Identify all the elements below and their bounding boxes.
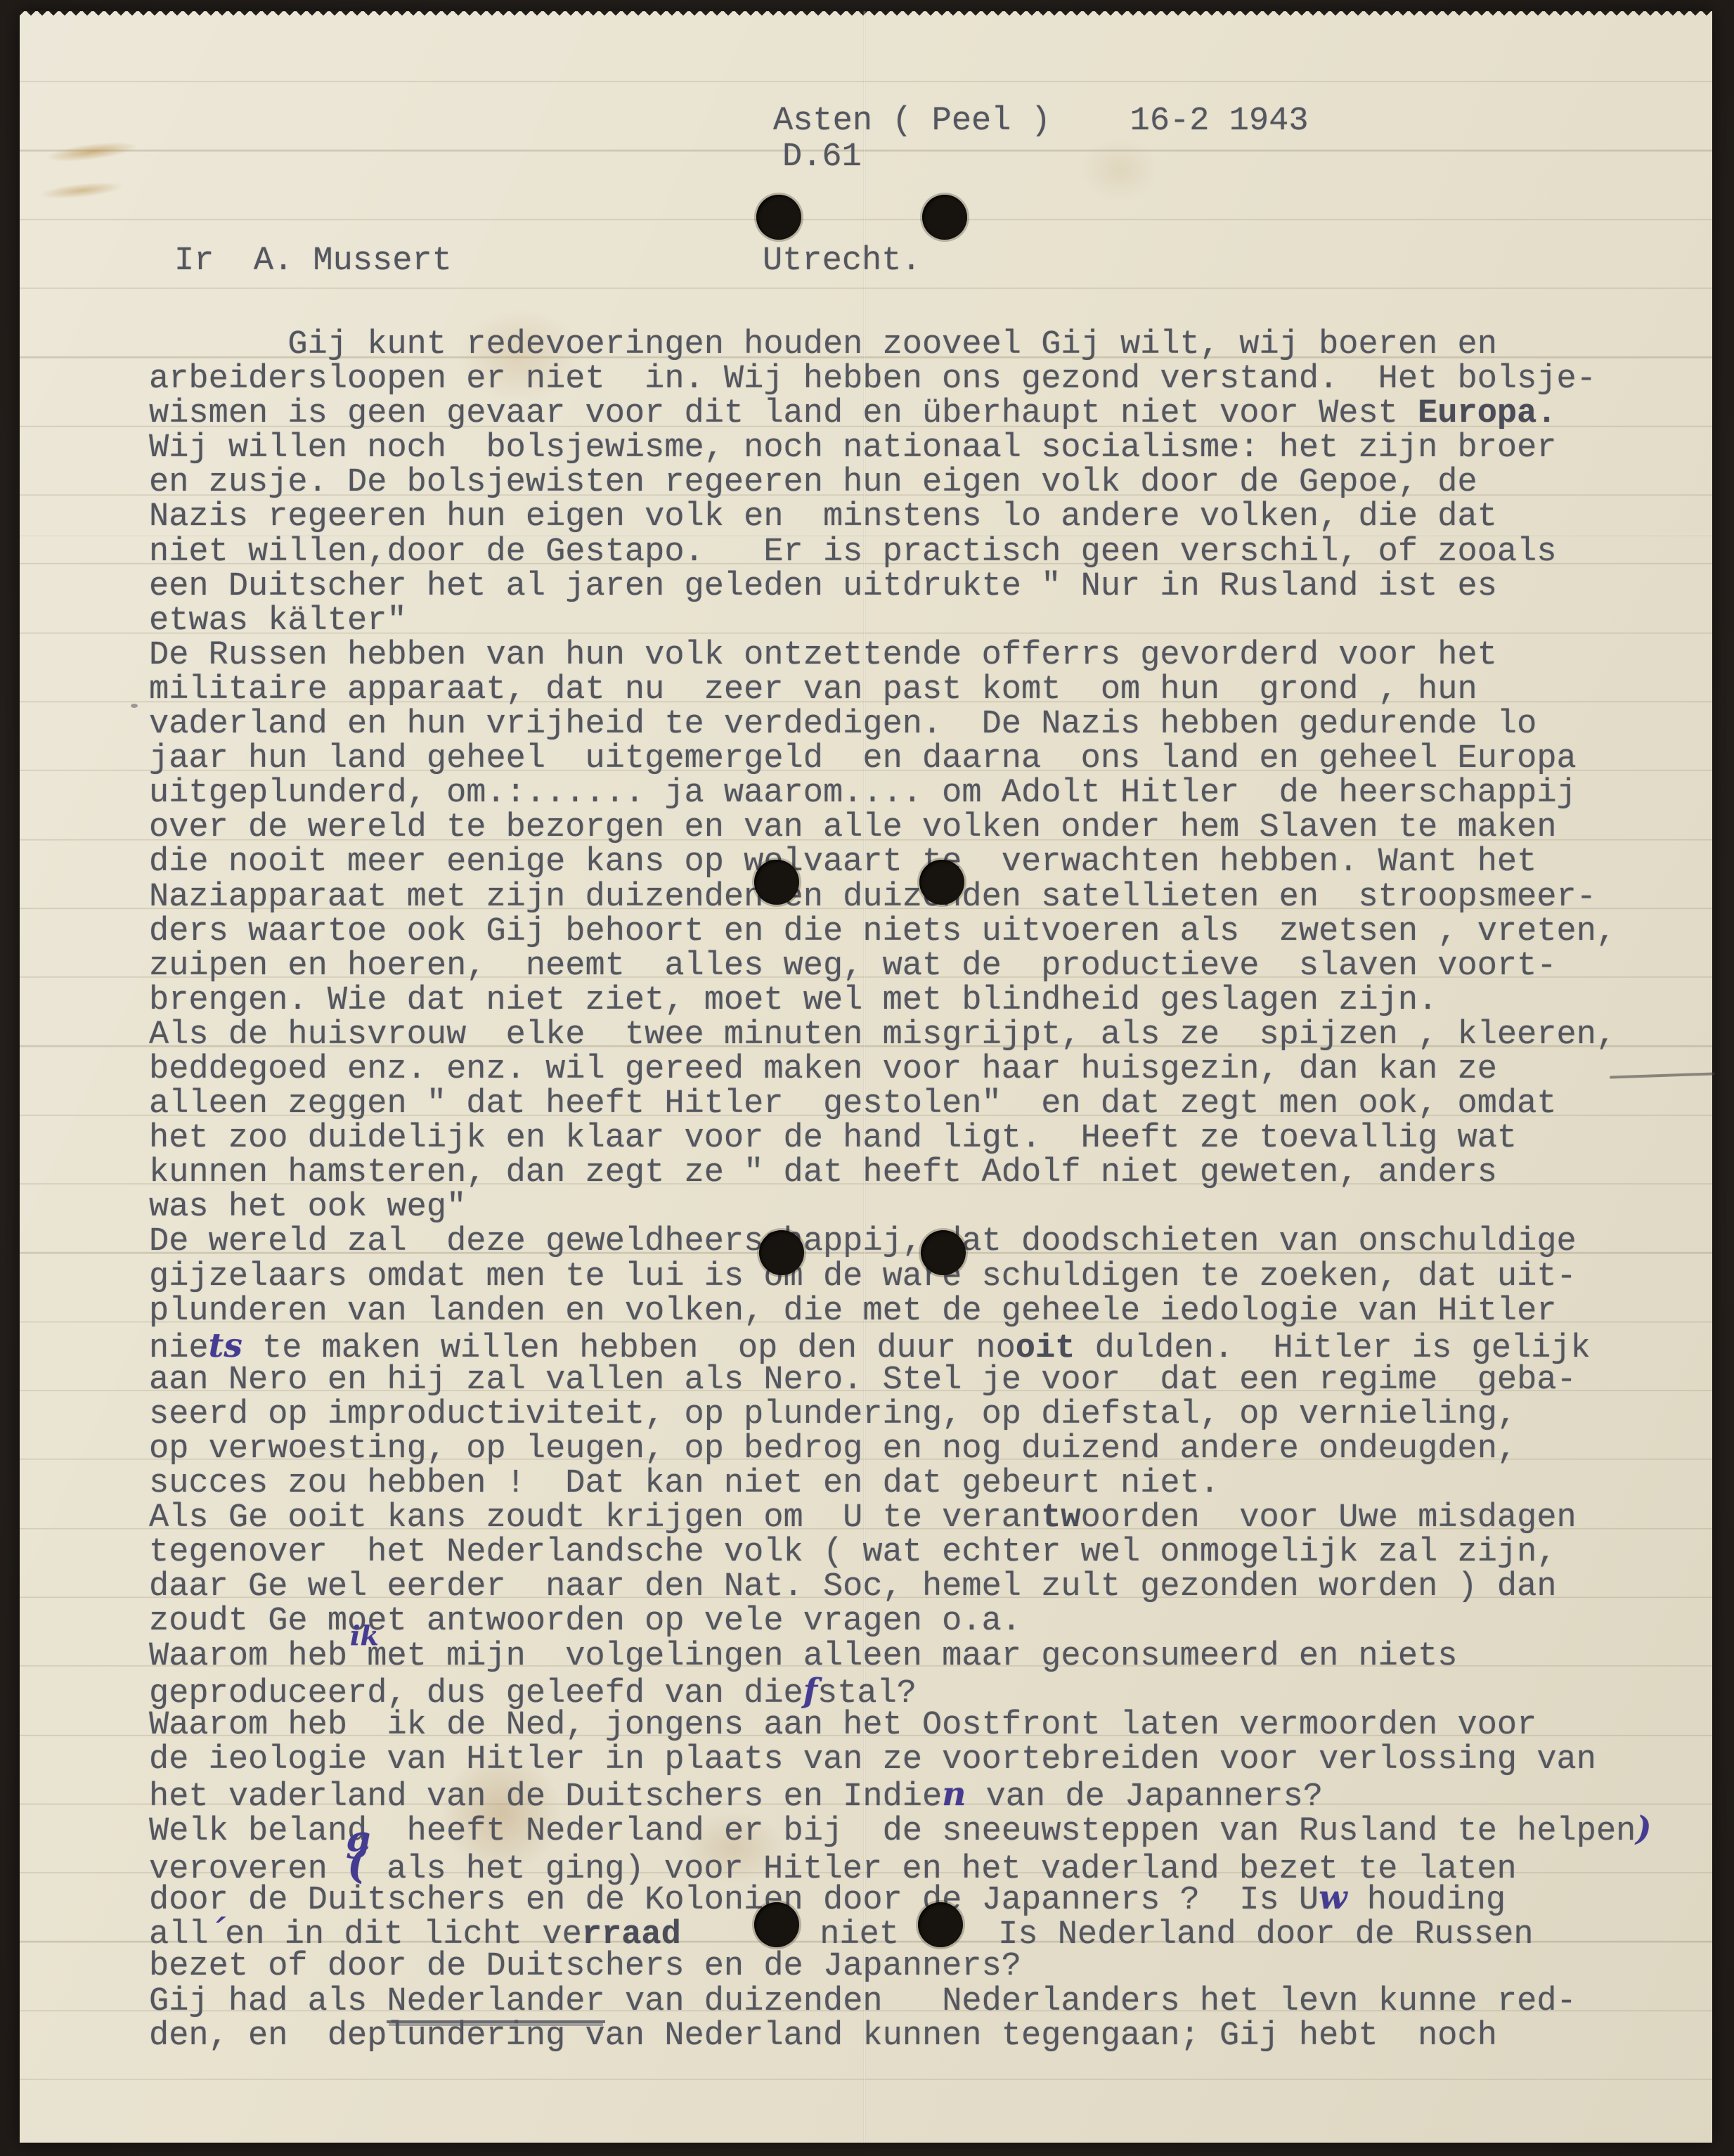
addressee: Ir A. Mussert	[174, 244, 452, 278]
typed-text: over de wereld te bezorgen en van alle v…	[149, 809, 1557, 846]
typed-text: heeft Nederland er bij de sneeuwsteppen …	[367, 1813, 1636, 1850]
typed-text: Als de huisvrouw elke twee minuten misgr…	[149, 1016, 1616, 1054]
letter-line: all´en in dit licht verraad niet Is Nede…	[149, 1915, 1652, 1949]
letter-line: brengen. Wie dat niet ziet, moet wel met…	[149, 983, 1652, 1018]
typed-text: het zoo duidelijk en klaar voor de hand …	[149, 1120, 1517, 1157]
letter-line: jaar hun land geheel uitgemergeld en daa…	[149, 742, 1652, 776]
typed-text: zuipen en hoeren, neemt alles weg, wat d…	[149, 948, 1557, 985]
typed-text: Welk beland	[149, 1813, 367, 1850]
typed-text: De Russen hebben van hun volk ontzettend…	[149, 637, 1497, 674]
typed-text: oorden voor Uwe misdagen	[1081, 1499, 1577, 1537]
letter-line: plunderen van landen en volken, die met …	[149, 1294, 1652, 1329]
letter-line: door de Duitschers en de Kolonien door d…	[149, 1880, 1652, 1915]
typed-text: alleen zeggen " dat heeft Hitler gestole…	[149, 1085, 1557, 1123]
typed-text: etwas kälter"	[149, 602, 407, 640]
typed-text: Wij willen noch bolsjewisme, noch nation…	[149, 430, 1557, 467]
letter-line: tegenover het Nederlandsche volk ( wat e…	[149, 1535, 1652, 1570]
typed-text: met mijn volgelingen alleen maar geconsu…	[347, 1638, 1457, 1675]
typed-text: Europa.	[1418, 395, 1556, 432]
letter-line: aan Nero en hij zal vallen als Nero. Ste…	[149, 1363, 1652, 1397]
letter-line: De Russen hebben van hun volk ontzettend…	[149, 638, 1652, 673]
typed-text: Waarom heb ik de Ned, jongens aan het Oo…	[149, 1707, 1536, 1744]
punch-hole	[921, 1230, 966, 1275]
pen-correction: f	[803, 1672, 817, 1710]
stain	[25, 176, 138, 206]
typed-text: militaire apparaat, dat nu zeer van past…	[149, 671, 1477, 709]
typed-text: Gij kunt redevoeringen houden zooveel Gi…	[149, 326, 1497, 363]
letter-line: Als Ge ooit kans zoudt krijgen om U te v…	[149, 1501, 1652, 1535]
letter-line: alleen zeggen " dat heeft Hitler gestole…	[149, 1087, 1652, 1121]
punch-hole	[919, 860, 964, 905]
typed-text: door de Duitschers en de Kolonien door d…	[149, 1882, 1319, 1919]
typed-text: Nazis regeeren hun eigen volk en minsten…	[149, 498, 1497, 536]
letter-line: de ieologie van Hitler in plaats van ze …	[149, 1743, 1652, 1777]
letter-line: Gij had als Nederlander van duizenden Ne…	[149, 1984, 1652, 2019]
typed-text: tw	[1041, 1499, 1080, 1537]
perforated-edge	[20, 11, 1712, 20]
letter-line: kunnen hamsteren, dan zegt ze " dat heef…	[149, 1156, 1652, 1190]
punch-hole	[756, 195, 801, 240]
letter-line: etwas kälter"	[149, 604, 1652, 638]
pen-correction: ik	[350, 1618, 379, 1653]
letter-line: niets te maken willen hebben op den duur…	[149, 1329, 1652, 1363]
document-scan: Asten ( Peel ) 16-2 1943 D.61 Ir A. Muss…	[0, 0, 1734, 2156]
letter-line: Welk belandg heeft Nederland er bij de s…	[149, 1812, 1652, 1846]
typed-text: gijzelaars omdat men te lui is om de war…	[149, 1258, 1577, 1296]
letter-line: Waarom heb ik de Ned, jongens aan het Oo…	[149, 1708, 1652, 1743]
stain	[1067, 127, 1172, 212]
typed-text: aan Nero en hij zal vallen als Nero. Ste…	[149, 1362, 1577, 1399]
typed-text: Als Ge ooit kans zoudt krijgen om U te v…	[149, 1499, 1041, 1537]
typed-text: plunderen van landen en volken, die met …	[149, 1293, 1557, 1330]
letter-line: over de wereld te bezorgen en van alle v…	[149, 811, 1652, 845]
letter-line: Als de huisvrouw elke twee minuten misgr…	[149, 1018, 1652, 1052]
letter-line: het vaderland van de Duitschers en Indie…	[149, 1777, 1652, 1812]
letter-line: en zusje. De bolsjewisten regeeren hun e…	[149, 465, 1652, 500]
typed-text: het vaderland van de Duitschers en Indie	[149, 1779, 942, 1816]
letter-line: een Duitscher het al jaren geleden uitdr…	[149, 569, 1652, 604]
letter-line: geproduceerd, dus geleefd van diefstal?	[149, 1674, 1652, 1708]
letter-line: den, en deplundering van Nederland kunne…	[149, 2019, 1652, 2053]
typed-text: vaderland en hun vrijheid te verdedigen.…	[149, 706, 1536, 743]
typed-text: houding	[1347, 1882, 1506, 1919]
dateline: Asten ( Peel ) 16-2 1943	[773, 104, 1309, 138]
typed-text: niet willen,door de Gestapo. Er is pract…	[149, 534, 1557, 571]
typed-text: een Duitscher het al jaren geleden uitdr…	[149, 568, 1497, 605]
letter-line: veroveren ( als het ging) voor Hitler en…	[149, 1846, 1652, 1880]
pen-correction: )	[1636, 1809, 1651, 1848]
letter-line: Waarom hebik met mijn volgelingen alleen…	[149, 1639, 1652, 1674]
ink-speck	[131, 704, 138, 708]
typed-text: van de Japanners?	[966, 1779, 1323, 1816]
typed-text: die nooit meer eenige kans op welvaart t…	[149, 844, 1536, 881]
typed-text: wismen is geen gevaar voor dit land en ü…	[149, 395, 1418, 432]
pen-correction: n	[942, 1775, 966, 1814]
typed-text: daar Ge wel eerder naar den Nat. Soc, he…	[149, 1568, 1557, 1606]
letter-line: Naziapparaat met zijn duizenden en duize…	[149, 880, 1652, 915]
letter-body: Gij kunt redevoeringen houden zooveel Gi…	[149, 328, 1652, 2053]
reference-number: D.61	[782, 140, 862, 174]
letter-line: Wij willen noch bolsjewisme, noch nation…	[149, 431, 1652, 465]
typed-text: den, en deplundering van Nederland kunne…	[149, 2018, 1497, 2055]
typed-text: op verwoesting, op leugen, op bedrog en …	[149, 1431, 1517, 1468]
letter-line: militaire apparaat, dat nu zeer van past…	[149, 673, 1652, 707]
typed-text: kunnen hamsteren, dan zegt ze " dat heef…	[149, 1154, 1497, 1192]
letter-line: wismen is geen gevaar voor dit land en ü…	[149, 396, 1652, 431]
typed-text: en zusje. De bolsjewisten regeeren hun e…	[149, 464, 1477, 501]
typed-text: Naziapparaat met zijn duizenden en duize…	[149, 879, 1596, 916]
typed-text: uitgeplunderd, om.:...... ja waarom.... …	[149, 775, 1577, 812]
pen-correction: ts	[209, 1326, 242, 1365]
pen-correction: w	[1319, 1878, 1347, 1917]
letter-line: die nooit meer eenige kans op welvaart t…	[149, 845, 1652, 879]
letter-line: seerd op improductiviteit, op plundering…	[149, 1397, 1652, 1432]
typed-text: zoudt Ge moet antwoorden op vele vragen …	[149, 1603, 1021, 1640]
letter-line: zuipen en hoeren, neemt alles weg, wat d…	[149, 949, 1652, 983]
punch-hole	[754, 1902, 799, 1947]
typed-text: jaar hun land geheel uitgemergeld en daa…	[149, 740, 1577, 777]
typed-text: tegenover het Nederlandsche volk ( wat e…	[149, 1534, 1557, 1571]
typed-text: was het ook weg"	[149, 1189, 466, 1226]
addressee-city: Utrecht.	[763, 244, 921, 278]
typed-text: van duizenden Nederlanders het levn kunn…	[605, 1983, 1577, 2020]
letter-line: Gij kunt redevoeringen houden zooveel Gi…	[149, 328, 1652, 362]
letter-line: het zoo duidelijk en klaar voor de hand …	[149, 1121, 1652, 1156]
typed-text: succes zou hebben ! Dat kan niet en dat …	[149, 1465, 1219, 1502]
punch-hole	[922, 195, 967, 240]
letter-line: Nazis regeeren hun eigen volk en minsten…	[149, 500, 1652, 534]
letter-line: bezet of door de Duitschers en de Japann…	[149, 1949, 1652, 1984]
typed-text: Waarom heb	[149, 1638, 347, 1675]
letter-line: op verwoesting, op leugen, op bedrog en …	[149, 1432, 1652, 1466]
typed-text: arbeidersloopen er niet in. Wij hebben o…	[149, 361, 1596, 398]
letter-line: De wereld zal deze geweldheerschappij, d…	[149, 1225, 1652, 1259]
letter-line: daar Ge wel eerder naar den Nat. Soc, he…	[149, 1570, 1652, 1604]
typed-text: De wereld zal deze geweldheerschappij, d…	[149, 1223, 1577, 1260]
punch-hole	[759, 1230, 804, 1275]
typed-text: de ieologie van Hitler in plaats van ze …	[149, 1741, 1596, 1779]
typed-text: beddegoed enz. enz. wil gereed maken voo…	[149, 1051, 1497, 1088]
typed-text: ders waartoe ook Gij behoort en die niet…	[149, 913, 1616, 950]
letter-line: vaderland en hun vrijheid te verdedigen.…	[149, 707, 1652, 742]
letter-line: uitgeplunderd, om.:...... ja waarom.... …	[149, 776, 1652, 811]
typed-text: bezet of door de Duitschers en de Japann…	[149, 1948, 1021, 1985]
typed-text: Gij had als	[149, 1983, 387, 2020]
typed-text: brengen. Wie dat niet ziet, moet wel met…	[149, 982, 1437, 1019]
pen-correction: ´	[209, 1913, 226, 1951]
letter-line: ders waartoe ook Gij behoort en die niet…	[149, 915, 1652, 949]
letter-line: was het ook weg"	[149, 1190, 1652, 1225]
letter-line: arbeidersloopen er niet in. Wij hebben o…	[149, 362, 1652, 396]
punch-hole	[918, 1902, 963, 1947]
letter-page: Asten ( Peel ) 16-2 1943 D.61 Ir A. Muss…	[20, 11, 1712, 2143]
punch-hole	[754, 860, 799, 905]
letter-line: beddegoed enz. enz. wil gereed maken voo…	[149, 1052, 1652, 1087]
letter-line: niet willen,door de Gestapo. Er is pract…	[149, 535, 1652, 569]
typed-text: seerd op improductiviteit, op plundering…	[149, 1396, 1517, 1433]
stain	[30, 134, 154, 169]
letter-line: gijzelaars omdat men te lui is om de war…	[149, 1260, 1652, 1294]
letter-line: succes zou hebben ! Dat kan niet en dat …	[149, 1466, 1652, 1501]
